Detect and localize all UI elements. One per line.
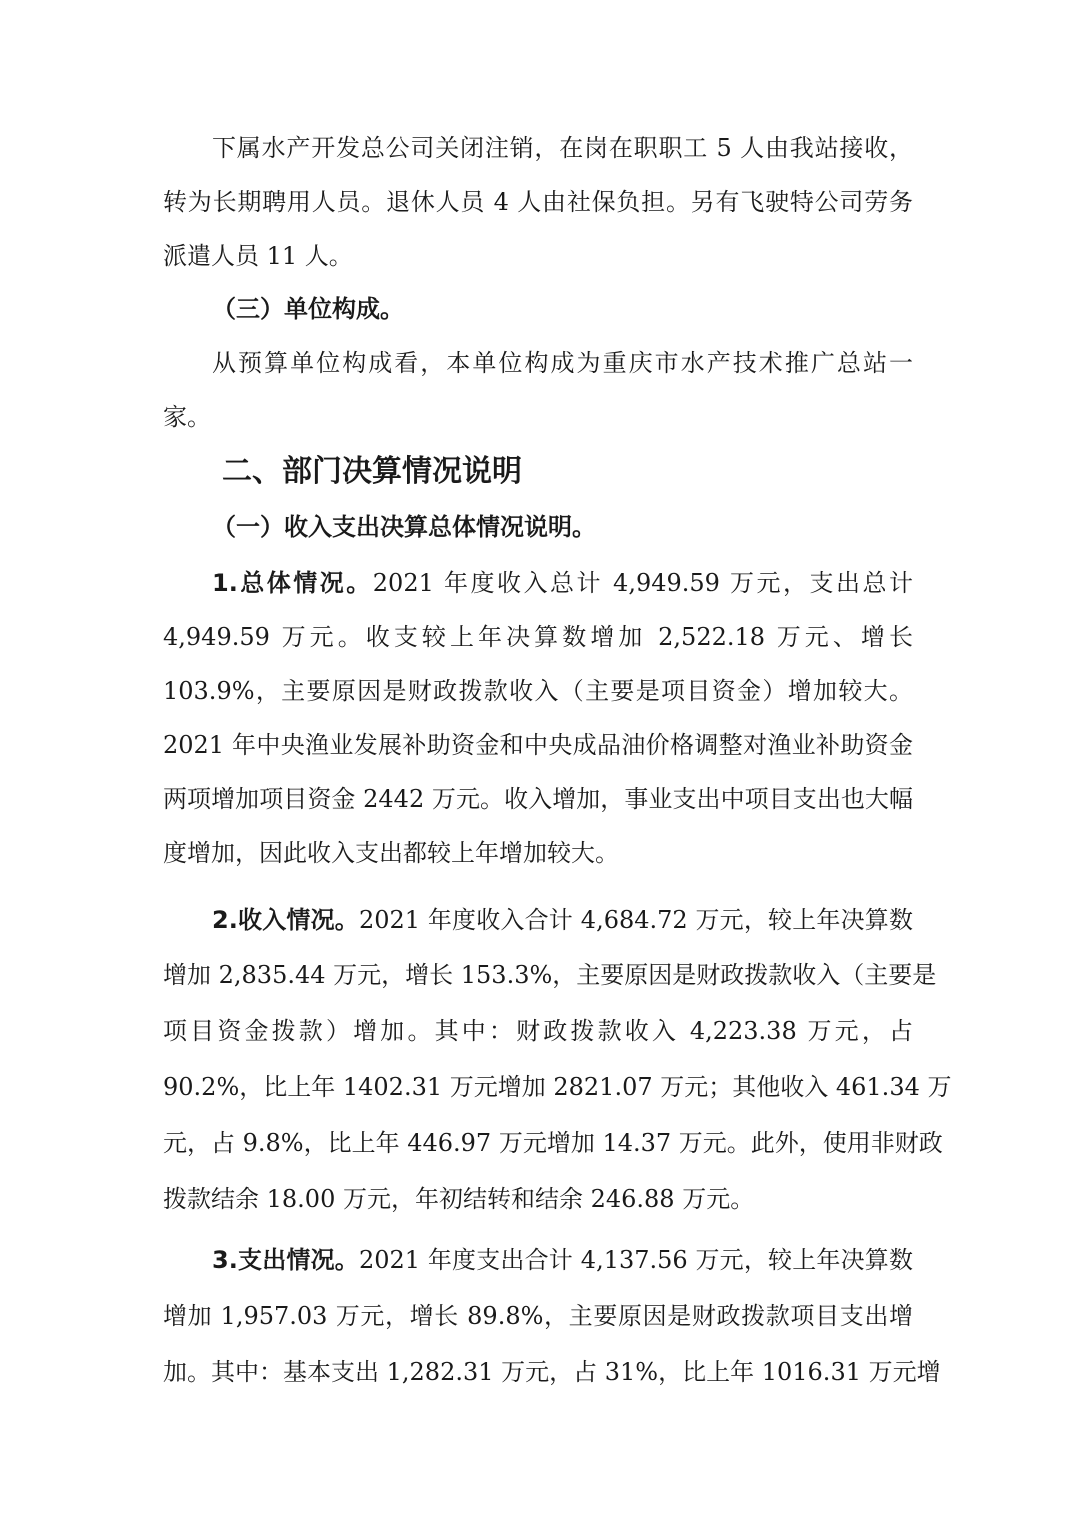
paragraph-line: 2.收入情况。2021 年度收入合计 4,684.72 万元，较上年决算数 xyxy=(212,905,913,935)
paragraph-line: 增加 1,957.03 万元，增长 89.8%，主要原因是财政拨款项目支出增 xyxy=(163,1301,913,1331)
section-heading-sub: （一）收入支出决算总体情况说明。 xyxy=(212,512,596,542)
paragraph-line: 增加 2,835.44 万元，增长 153.3%，主要原因是财政拨款收入（主要是 xyxy=(163,960,913,990)
paragraph-line: 度增加，因此收入支出都较上年增加较大。 xyxy=(163,838,913,868)
paragraph-line: 项目资金拨款）增加。其中：财政拨款收入 4,223.38 万元，占 xyxy=(163,1016,913,1046)
paragraph-line: 从预算单位构成看，本单位构成为重庆市水产技术推广总站一 xyxy=(212,348,913,378)
paragraph-line: 两项增加项目资金 2442 万元。收入增加，事业支出中项目支出也大幅 xyxy=(163,784,913,814)
paragraph-line: 拨款结余 18.00 万元，年初结转和结余 246.88 万元。 xyxy=(163,1184,913,1214)
paragraph-line: 下属水产开发总公司关闭注销，在岗在职职工 5 人由我站接收， xyxy=(212,133,913,163)
paragraph-line: 4,949.59 万元。收支较上年决算数增加 2,522.18 万元、增长 xyxy=(163,622,913,652)
paragraph-line: 3.支出情况。2021 年度支出合计 4,137.56 万元，较上年决算数 xyxy=(212,1245,913,1275)
paragraph-line: 家。 xyxy=(163,402,913,432)
paragraph-line: 103.9%，主要原因是财政拨款收入（主要是项目资金）增加较大。 xyxy=(163,676,913,706)
paragraph-lead: 3.支出情况。 xyxy=(212,1246,359,1274)
section-heading-main: 二、部门决算情况说明 xyxy=(222,454,522,490)
paragraph-line: 派遣人员 11 人。 xyxy=(163,241,913,271)
paragraph-lead: 2.收入情况。 xyxy=(212,906,359,934)
paragraph-line: 转为长期聘用人员。退休人员 4 人由社保负担。另有飞驶特公司劳务 xyxy=(163,187,913,217)
section-heading-unit: （三）单位构成。 xyxy=(212,294,404,324)
paragraph-line: 90.2%，比上年 1402.31 万元增加 2821.07 万元；其他收入 4… xyxy=(163,1072,913,1102)
paragraph-lead: 1.总体情况。 xyxy=(212,569,373,597)
paragraph-line: 2021 年中央渔业发展补助资金和中央成品油价格调整对渔业补助资金 xyxy=(163,730,913,760)
paragraph-line: 1.总体情况。2021 年度收入总计 4,949.59 万元，支出总计 xyxy=(212,568,913,598)
document-page: 下属水产开发总公司关闭注销，在岗在职职工 5 人由我站接收， 转为长期聘用人员。… xyxy=(0,0,1074,1520)
paragraph-line: 加。其中：基本支出 1,282.31 万元，占 31%，比上年 1016.31 … xyxy=(163,1357,913,1387)
paragraph-line: 元，占 9.8%，比上年 446.97 万元增加 14.37 万元。此外，使用非… xyxy=(163,1128,913,1158)
